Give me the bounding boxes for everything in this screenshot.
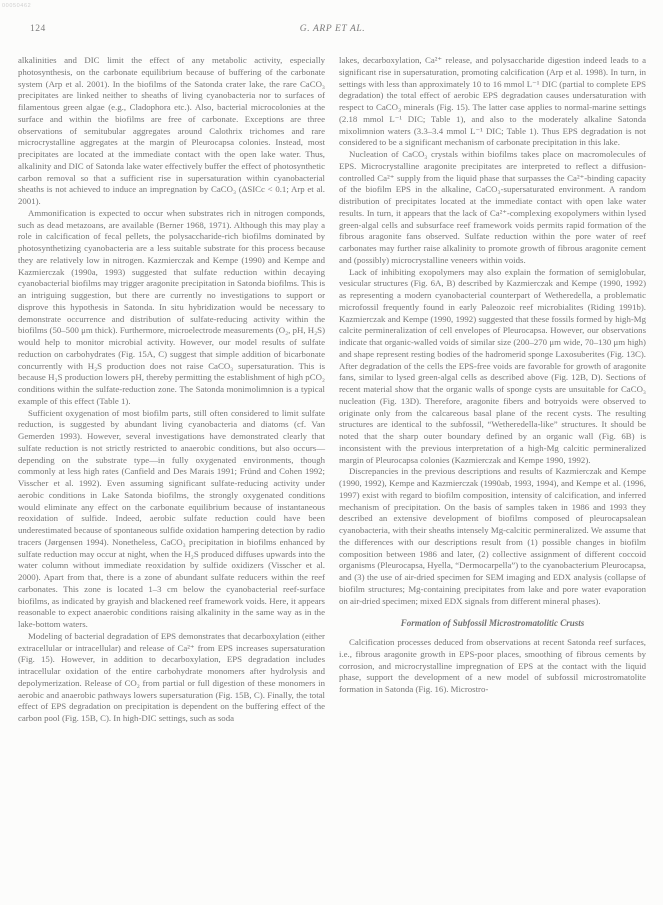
paragraph: Ammonification is expected to occur when…: [18, 208, 325, 408]
paragraph: Modeling of bacterial degradation of EPS…: [18, 631, 325, 725]
paragraph: Lack of inhibiting exopolymers may also …: [339, 267, 646, 467]
scan-id-mark: 00050462: [2, 3, 31, 9]
right-column: lakes, decarboxylation, Ca²⁺ release, an…: [339, 55, 646, 725]
paragraph: Nucleation of CaCO₃ crystals within biof…: [339, 149, 646, 267]
paragraph: Calcification processes deduced from obs…: [339, 637, 646, 696]
paragraph: Discrepancies in the previous descriptio…: [339, 466, 646, 607]
running-title: G. ARP ET AL.: [18, 24, 647, 34]
text-columns: alkalinities and DIC limit the effect of…: [18, 55, 647, 725]
paragraph: alkalinities and DIC limit the effect of…: [18, 55, 325, 208]
section-heading: Formation of Subfossil Microstromatoliti…: [339, 618, 646, 630]
left-column: alkalinities and DIC limit the effect of…: [18, 55, 325, 725]
paragraph: lakes, decarboxylation, Ca²⁺ release, an…: [339, 55, 646, 149]
page-header: 124 G. ARP ET AL.: [18, 24, 647, 38]
paragraph: Sufficient oxygenation of most biofilm p…: [18, 408, 325, 631]
